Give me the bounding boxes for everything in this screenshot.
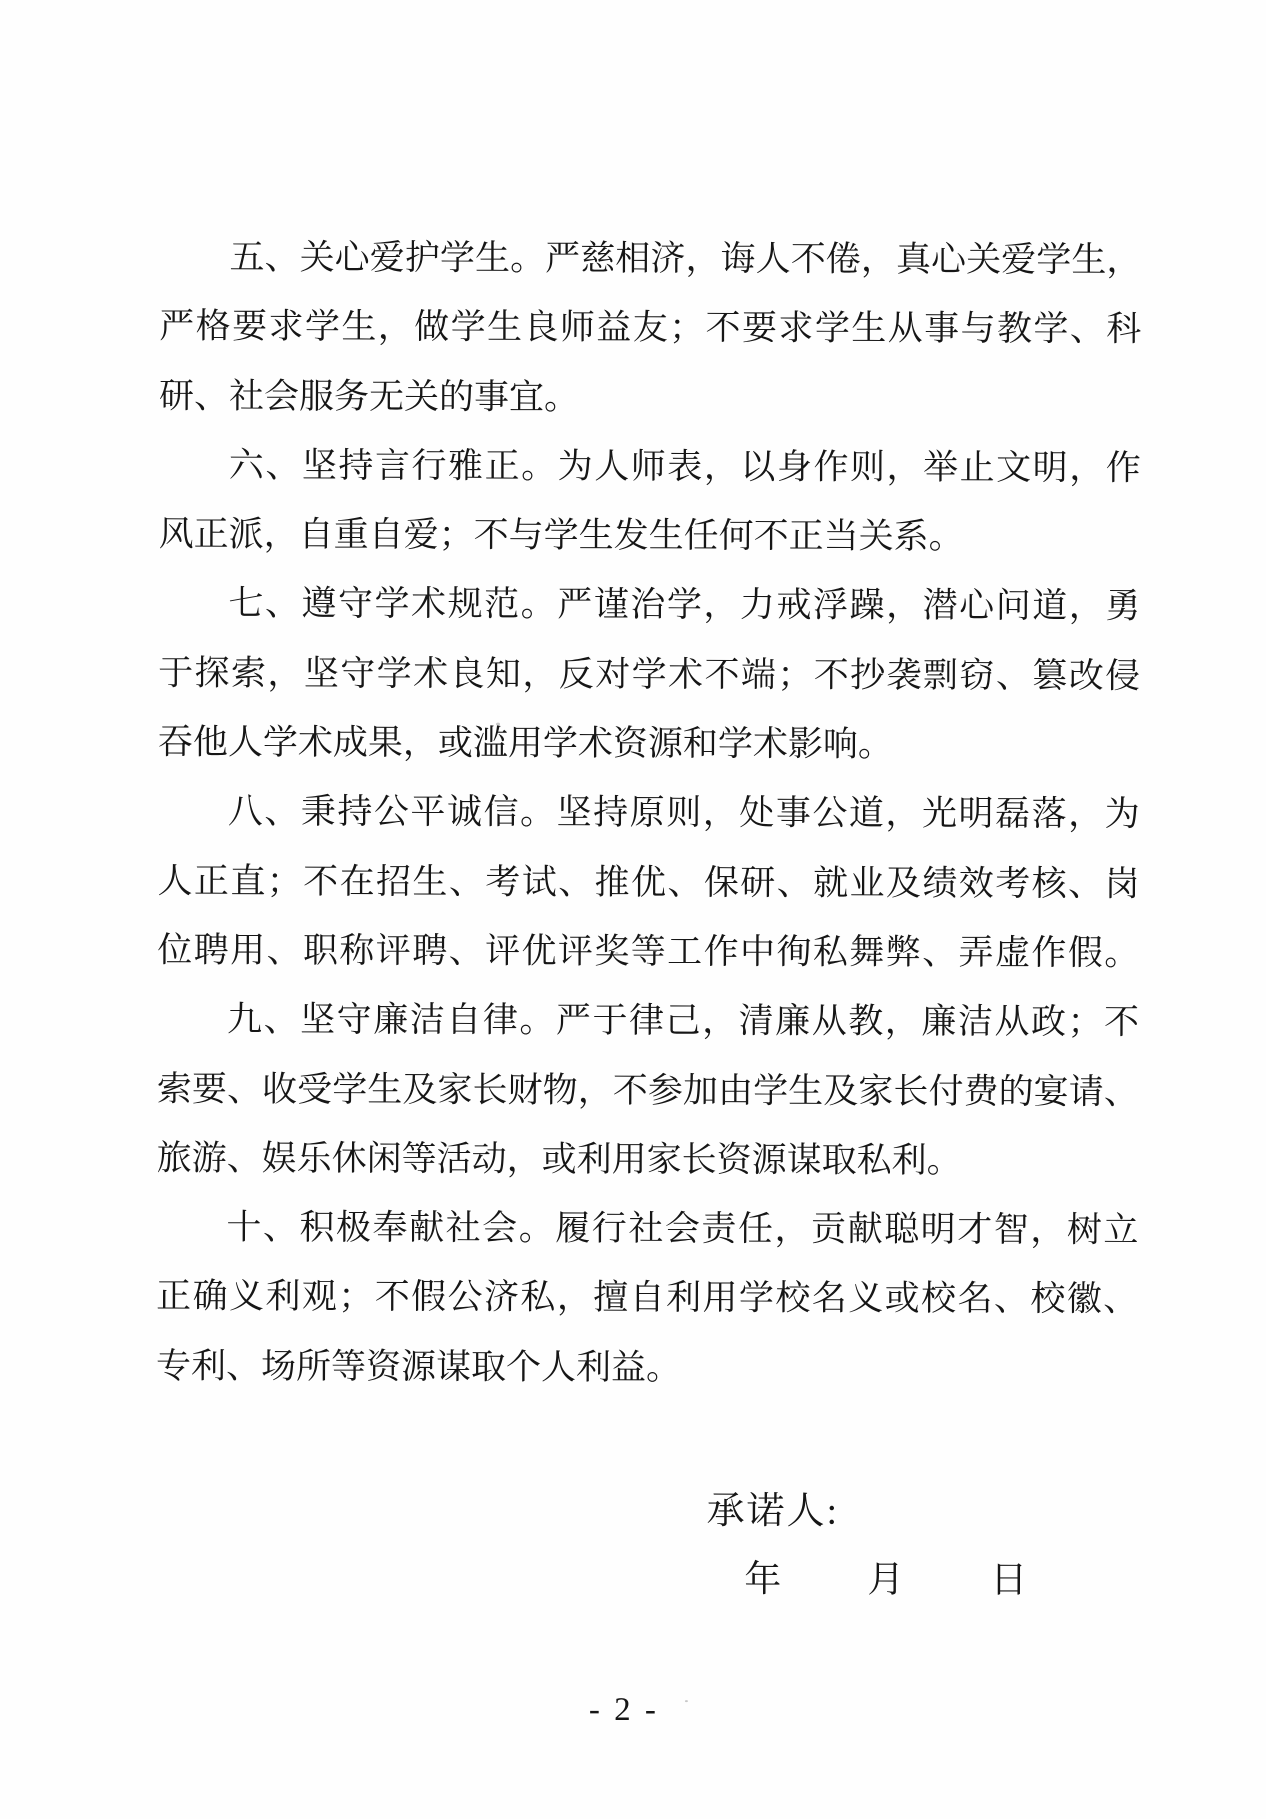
text-line: 旅游、娱乐休闲等活动，或利用家长资源谋取私利。 — [157, 1123, 1139, 1195]
text-line: 索要、收受学生及家长财物，不参加由学生及家长付费的宴请、 — [157, 1054, 1139, 1126]
page-number: - 2 - — [589, 1694, 659, 1727]
text-line: 十、积极奉献社会。履行社会责任，贡献聪明才智，树立 — [156, 1193, 1138, 1265]
scan-speck — [496, 723, 500, 726]
scan-speck — [615, 952, 618, 955]
month-label: 月 — [867, 1562, 904, 1599]
pledge-body-text: 五、关心爱护学生。严慈相济，诲人不倦，真心关爱学生，严格要求学生，做学生良师益友… — [156, 223, 1142, 1404]
day-label: 日 — [990, 1562, 1027, 1599]
text-line: 五、关心爱护学生。严慈相济，诲人不倦，真心关爱学生， — [159, 223, 1141, 295]
text-line: 专利、场所等资源谋取个人利益。 — [156, 1331, 1138, 1403]
text-line: 人正直；不在招生、考试、推优、保研、就业及绩效考核、岗 — [157, 846, 1139, 918]
text-line: 研、社会服务无关的事宜。 — [159, 361, 1141, 433]
text-line: 八、秉持公平诚信。坚持原则，处事公道，光明磊落，为 — [158, 777, 1140, 849]
date-row: 年 月 日 — [744, 1561, 1027, 1599]
text-line: 风正派，自重自爱；不与学生发生任何不正当关系。 — [158, 500, 1140, 572]
text-line: 正确义利观；不假公济私，擅自利用学校名义或校名、校徽、 — [156, 1262, 1138, 1334]
year-label: 年 — [744, 1561, 781, 1598]
text-line: 位聘用、职称评聘、评优评奖等工作中徇私舞弊、弄虚作假。 — [157, 915, 1139, 987]
scan-speck — [685, 1700, 688, 1702]
text-line: 吞他人学术成果，或滥用学术资源和学术影响。 — [158, 708, 1140, 780]
scanned-document-page: 五、关心爱护学生。严慈相济，诲人不倦，真心关爱学生，严格要求学生，做学生良师益友… — [0, 0, 1266, 1819]
text-line: 严格要求学生，做学生良师益友；不要求学生从事与教学、科 — [159, 292, 1141, 364]
text-line: 七、遵守学术规范。严谨治学，力戒浮躁，潜心问道，勇 — [158, 569, 1140, 641]
text-line: 九、坚守廉洁自律。严于律己，清廉从教，廉洁从政；不 — [157, 985, 1139, 1057]
scan-content: 五、关心爱护学生。严慈相济，诲人不倦，真心关爱学生，严格要求学生，做学生良师益友… — [0, 0, 1266, 1819]
signature-label: 承诺人: — [706, 1490, 839, 1532]
text-line: 六、坚持言行雅正。为人师表，以身作则，举止文明，作 — [159, 430, 1141, 502]
text-line: 于探索，坚守学术良知，反对学术不端；不抄袭剽窃、篡改侵 — [158, 638, 1140, 710]
signature-row: 承诺人: — [706, 1492, 839, 1530]
